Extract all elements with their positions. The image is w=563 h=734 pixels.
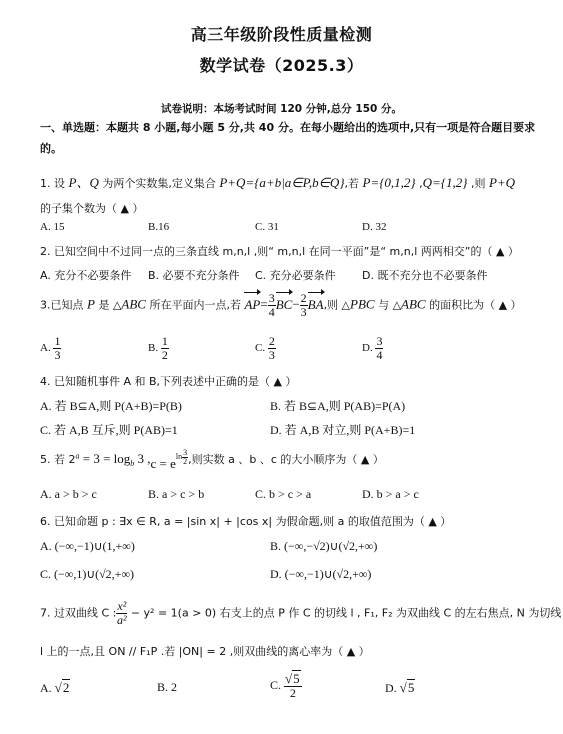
question-7: 7. 过双曲线 C :x²a² − y² = 1(a > 0) 右支上的点 P …: [40, 600, 561, 627]
q1-text-e: ,: [416, 177, 423, 190]
q5-text-b: = 3 = log: [80, 451, 131, 466]
q7-frac: x²a²: [116, 600, 127, 627]
q1-math-def: P+Q={a+b|a∈P,b∈Q}: [219, 175, 344, 190]
q4-option-c[interactable]: C. 若 A,B 互斥,则 P(AB)=1: [40, 421, 178, 438]
numerator: 3: [375, 335, 383, 349]
option-label: A.: [40, 681, 52, 695]
option-label: C.: [255, 342, 265, 354]
q3-text-b: 是 △: [95, 299, 121, 312]
q3-option-d[interactable]: D. 34: [362, 335, 383, 362]
exam-title: 高三年级阶段性质量检测: [0, 22, 563, 45]
q3-option-a[interactable]: A. 13: [40, 335, 61, 362]
q5-text-c: 3 ,: [134, 451, 150, 466]
q1-option-a[interactable]: A. 15: [40, 221, 64, 233]
option-fraction: 23: [268, 335, 276, 362]
option-fraction: 13: [53, 335, 61, 362]
q1-text-a: 设: [54, 177, 69, 190]
q3-frac-1: 34: [268, 292, 276, 319]
option-fraction: √52: [284, 672, 302, 700]
q1-option-d[interactable]: D. 32: [362, 221, 386, 233]
option-label: B.: [157, 680, 168, 694]
q6-option-a[interactable]: A. (−∞,−1)∪(1,+∞): [40, 539, 135, 554]
q2-option-b[interactable]: B. 必要不充分条件: [148, 267, 240, 283]
option-label: A.: [40, 342, 51, 354]
q3-frac-2: 23: [300, 292, 308, 319]
exam-note: 试卷说明：本场考试时间 120 分钟,总分 150 分。: [0, 101, 563, 116]
question-1: 1. 设 P、Q 为两个实数集,定义集合 P+Q={a+b|a∈P,b∈Q},若…: [40, 172, 515, 191]
q3-text-d: ,则 △: [324, 299, 350, 312]
q3-text-a: 已知点: [51, 299, 88, 312]
question-number: 7.: [40, 607, 51, 620]
q4-option-b[interactable]: B. 若 B⊆A,则 P(AB)=P(A): [270, 397, 405, 414]
denominator: 3: [268, 349, 276, 362]
q5-text-a: 若 2: [54, 453, 76, 466]
q5-text-d: ,则实数 a 、b 、c 的大小顺序为（ ▲ ）: [188, 453, 384, 466]
q1-text-d: ,若: [345, 177, 363, 190]
section-heading-cont: 的。: [40, 140, 62, 156]
q6-option-b[interactable]: B. (−∞,−√2)∪(√2,+∞): [270, 539, 377, 554]
numerator: 1: [161, 335, 169, 349]
q4-option-d[interactable]: D. 若 A,B 对立,则 P(A+B)=1: [270, 421, 415, 438]
question-number: 5.: [40, 453, 51, 466]
q6-option-d[interactable]: D. (−∞,−1)∪(√2,+∞): [270, 567, 371, 582]
denominator: 2: [284, 687, 302, 700]
q6-text: 已知命题 p : ∃x ∈ R, a = |sin x| + |cos x| 为…: [54, 515, 451, 528]
question-5: 5. 若 2a = 3 = logb 3 ,c = eln32,则实数 a 、b…: [40, 451, 384, 470]
q5-exp-frac: 32: [182, 449, 188, 466]
question-6: 6. 已知命题 p : ∃x ∈ R, a = |sin x| + |cos x…: [40, 513, 451, 529]
q3-option-c[interactable]: C. 23: [255, 335, 276, 362]
sqrt-icon: √5: [285, 670, 301, 686]
q3-vector-ap: AP: [244, 293, 260, 317]
question-number: 2.: [40, 245, 51, 258]
denominator: 2: [182, 458, 188, 466]
q1-math-pq: P+Q: [489, 175, 515, 190]
numerator: 3: [268, 292, 276, 306]
denominator: 3: [53, 349, 61, 362]
sqrt-icon: √5: [400, 679, 416, 695]
q1-text-f: ,则: [467, 177, 489, 190]
question-number: 3.: [40, 299, 51, 312]
q7-option-b[interactable]: B. 2: [157, 680, 177, 695]
option-label: D.: [362, 342, 373, 354]
q1-text-c: 为两个实数集,定义集合: [99, 177, 220, 190]
q1-option-b[interactable]: B.16: [148, 221, 169, 233]
question-7-cont: l 上的一点,且 ON // F₁P .若 |ON| = 2 ,则双曲线的离心率…: [40, 643, 370, 659]
q7-option-a[interactable]: A. √2: [40, 680, 70, 696]
q3-triangle-pbc: PBC: [350, 297, 375, 312]
question-1-cont: 的子集个数为（ ▲ ）: [40, 200, 143, 216]
q3-vector-bc: BC: [276, 293, 293, 317]
section-heading: 一、单选题：本题共 8 小题,每小题 5 分,共 40 分。在每小题给出的选项中…: [40, 119, 535, 135]
option-value: 2: [171, 680, 177, 694]
q3-triangle-abc-2: ABC: [401, 297, 426, 312]
q3-option-b[interactable]: B. 12: [148, 335, 169, 362]
q5-option-a[interactable]: A. a > b > c: [40, 487, 97, 502]
radicand: 5: [407, 679, 416, 695]
q7-text-a: 过双曲线 C :: [54, 607, 116, 620]
q3-vector-ba: BA: [308, 293, 324, 317]
q2-option-a[interactable]: A. 充分不必要条件: [40, 267, 131, 283]
q3-text-e: 与 △: [375, 299, 401, 312]
numerator: 2: [268, 335, 276, 349]
q3-point-p: P: [87, 297, 95, 312]
q1-math-p: P={0,1,2}: [363, 175, 416, 190]
numerator: x²: [116, 600, 127, 614]
q5-exponent: ln32: [176, 452, 188, 461]
q7-option-c[interactable]: C. √52: [270, 672, 302, 700]
question-number: 6.: [40, 515, 51, 528]
question-2: 2. 已知空间中不过同一点的三条直线 m,n,l ,则“ m,n,l 在同一平面…: [40, 243, 519, 259]
q4-text: 已知随机事件 A 和 B,下列表述中正确的是（ ▲ ）: [54, 375, 297, 388]
q3-text-c: 所在平面内一点,若: [146, 299, 245, 312]
denominator: 4: [375, 349, 383, 362]
q3-text-f: 的面积比为（ ▲ ）: [426, 299, 522, 312]
q2-option-d[interactable]: D. 既不充分也不必要条件: [362, 267, 487, 283]
q3-minus: −: [292, 297, 299, 312]
question-number: 1.: [40, 177, 51, 190]
numerator: √5: [284, 672, 302, 687]
denominator: 4: [268, 306, 276, 319]
q5-option-b[interactable]: B. a > c > b: [148, 487, 204, 502]
q7-option-d[interactable]: D. √5: [385, 680, 415, 696]
denominator: a²: [116, 614, 127, 627]
question-4: 4. 已知随机事件 A 和 B,下列表述中正确的是（ ▲ ）: [40, 373, 297, 389]
q5-option-c[interactable]: C. b > c > a: [255, 487, 311, 502]
q7-text-b: − y² = 1(a > 0) 右支上的点 P 作 C 的切线 l , F₁, …: [127, 607, 561, 620]
denominator: 2: [161, 349, 169, 362]
q6-option-c[interactable]: C. (−∞,1)∪(√2,+∞): [40, 567, 134, 582]
option-label: C.: [270, 678, 281, 692]
radicand: 5: [292, 670, 301, 686]
q2-text: 已知空间中不过同一点的三条直线 m,n,l ,则“ m,n,l 在同一平面”是“…: [54, 245, 519, 258]
option-label: D.: [385, 681, 397, 695]
q1-math-q: Q={1,2}: [423, 175, 468, 190]
q2-option-c[interactable]: C. 充分必要条件: [255, 267, 336, 283]
option-fraction: 34: [375, 335, 383, 362]
q5-option-d[interactable]: D. b > a > c: [362, 487, 419, 502]
radicand: 2: [62, 679, 71, 695]
sqrt-icon: √2: [55, 679, 71, 695]
q4-option-a[interactable]: A. 若 B⊆A,则 P(A+B)=P(B): [40, 397, 182, 414]
q3-equals: =: [260, 297, 267, 312]
numerator: 2: [300, 292, 308, 306]
q5-c-equals: c = e: [151, 456, 176, 471]
question-number: 4.: [40, 375, 51, 388]
option-label: B.: [148, 342, 158, 354]
option-fraction: 12: [161, 335, 169, 362]
q1-sets: P、Q: [69, 175, 99, 190]
q1-option-c[interactable]: C. 31: [255, 221, 279, 233]
exam-subtitle: 数学试卷（2025.3）: [0, 53, 563, 76]
numerator: 1: [53, 335, 61, 349]
denominator: 3: [300, 306, 308, 319]
q3-triangle-abc: ABC: [121, 297, 146, 312]
question-3: 3.已知点 P 是 △ABC 所在平面内一点,若 AP=34BC−23BA,则 …: [40, 292, 522, 319]
